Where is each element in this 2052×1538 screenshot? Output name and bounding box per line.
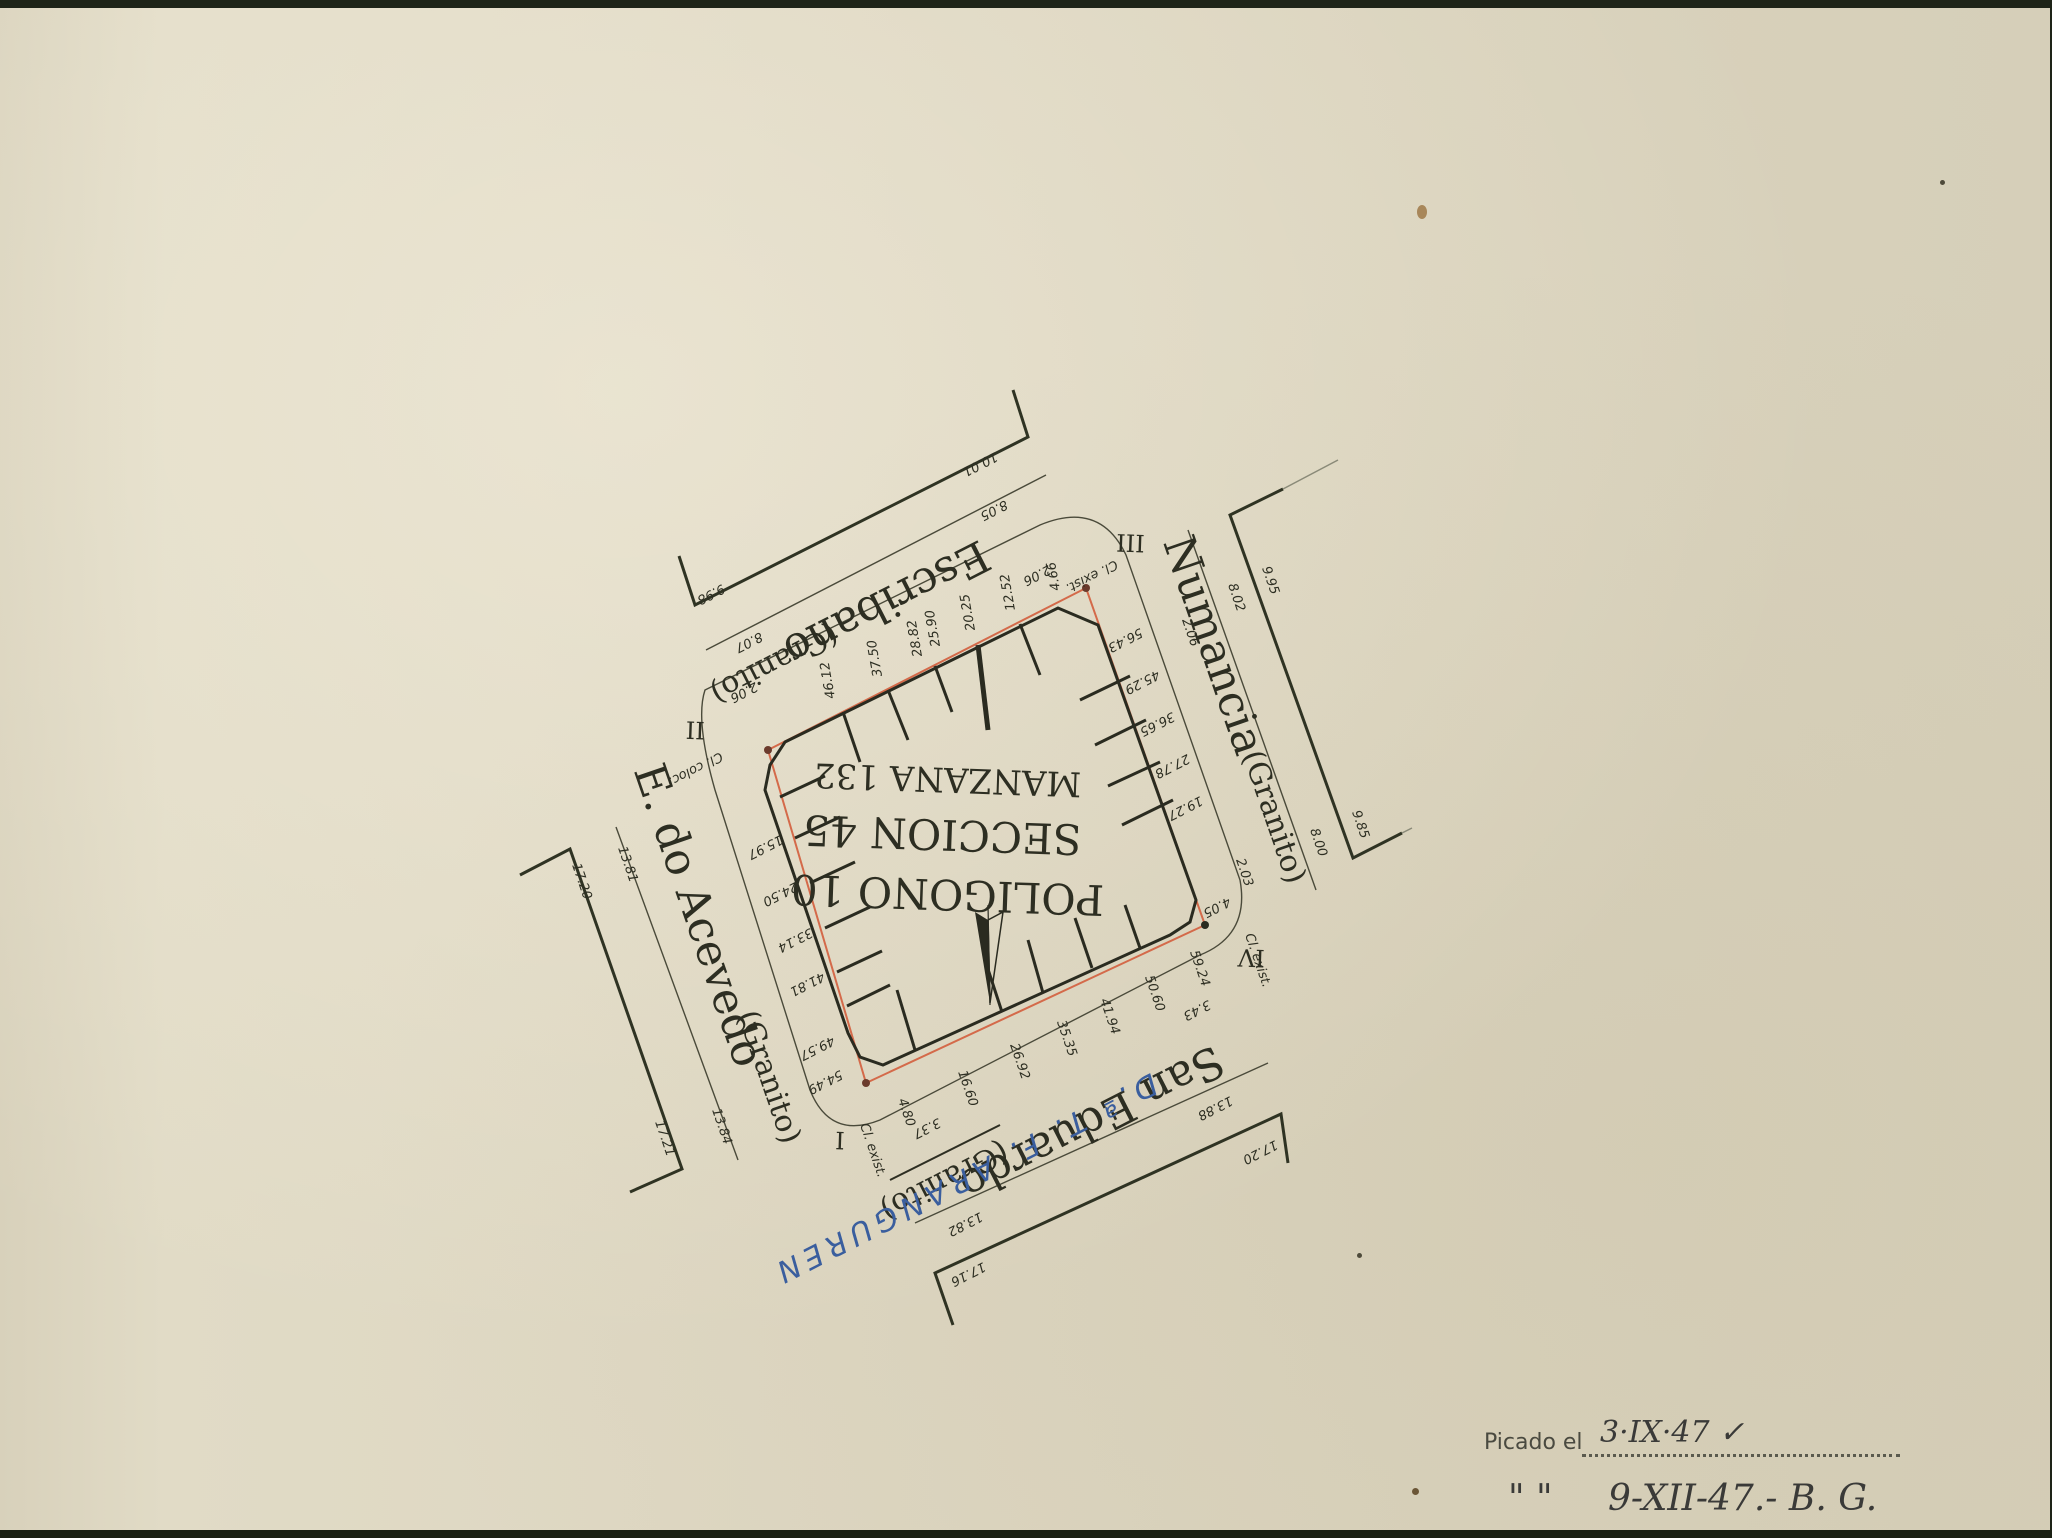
svg-text:17.20: 17.20 <box>568 861 594 901</box>
corner-label-III: III <box>1116 528 1145 557</box>
svg-text:10.01: 10.01 <box>960 448 1000 478</box>
svg-text:27.78: 27.78 <box>1152 750 1192 780</box>
svg-text:13.82: 13.82 <box>945 1208 985 1238</box>
svg-text:9.95: 9.95 <box>1258 564 1282 596</box>
picado-date-1: 3·IX·47 ✓ <box>1600 1415 1744 1450</box>
picado-ditto: " " <box>1508 1478 1553 1519</box>
svg-text:8.00: 8.00 <box>1306 826 1330 858</box>
svg-text:13.88: 13.88 <box>1195 1092 1235 1122</box>
svg-text:8.05: 8.05 <box>977 496 1010 523</box>
svg-text:56.43: 56.43 <box>1105 624 1145 654</box>
street-name-numancia: Numancia <box>1152 529 1274 761</box>
svg-text:41.81: 41.81 <box>787 968 827 998</box>
svg-text:59.24: 59.24 <box>1186 948 1212 988</box>
cadastral-map: MANZANA 132 SECCION 45 POLIGONO 10 Escri… <box>0 0 2052 1538</box>
corner-note-I: Cl. exist. <box>856 1121 889 1179</box>
svg-text:41.94: 41.94 <box>1096 996 1122 1036</box>
corner-note-III: Cl. exist. <box>1063 556 1120 595</box>
svg-text:50.60: 50.60 <box>1141 973 1167 1013</box>
svg-text:54.49: 54.49 <box>805 1066 845 1096</box>
picado-label: Picado el <box>1484 1430 1583 1455</box>
svg-text:28.82: 28.82 <box>905 619 926 658</box>
svg-text:16.60: 16.60 <box>954 1068 980 1108</box>
svg-text:26.92: 26.92 <box>1006 1041 1032 1081</box>
lot-ticks-numancia <box>1080 676 1173 825</box>
svg-text:49.57: 49.57 <box>796 1032 837 1063</box>
lot-ticks-san-eduardo <box>897 905 1140 1050</box>
picado-date-2: 9-XII-47.- B. G. <box>1608 1478 1877 1519</box>
svg-text:37.50: 37.50 <box>865 639 886 678</box>
svg-text:3.43: 3.43 <box>1180 996 1213 1023</box>
svg-text:9.98: 9.98 <box>694 580 727 607</box>
corner-label-II: II <box>685 715 705 744</box>
svg-text:4.05: 4.05 <box>1200 893 1233 920</box>
poligono-label: POLIGONO 10 <box>790 865 1105 925</box>
svg-text:2.03: 2.03 <box>1232 856 1256 888</box>
svg-text:36.65: 36.65 <box>1137 708 1177 738</box>
manzana-label: MANZANA 132 <box>813 754 1082 803</box>
svg-text:45.29: 45.29 <box>1122 666 1162 696</box>
svg-text:20.25: 20.25 <box>958 593 979 632</box>
seccion-label: SECCION 45 <box>803 805 1083 864</box>
svg-text:33.14: 33.14 <box>775 924 815 954</box>
svg-text:15.97: 15.97 <box>744 831 785 862</box>
svg-text:4.80: 4.80 <box>894 1096 918 1128</box>
svg-text:35.35: 35.35 <box>1053 1018 1079 1058</box>
svg-text:13.81: 13.81 <box>614 844 640 884</box>
svg-text:9.85: 9.85 <box>1348 808 1372 840</box>
svg-text:46.12: 46.12 <box>818 661 839 700</box>
svg-text:19.27: 19.27 <box>1164 792 1205 823</box>
svg-text:17.20: 17.20 <box>1240 1136 1280 1166</box>
corner-label-I: I <box>835 1126 845 1154</box>
svg-text:25.90: 25.90 <box>923 609 944 648</box>
svg-text:12.52: 12.52 <box>998 573 1019 612</box>
svg-text:13.84: 13.84 <box>708 1106 734 1146</box>
street-paving-acevedo: (Granito) <box>730 1006 808 1148</box>
picado-underline <box>1582 1454 1900 1457</box>
svg-text:17.21: 17.21 <box>651 1118 677 1158</box>
